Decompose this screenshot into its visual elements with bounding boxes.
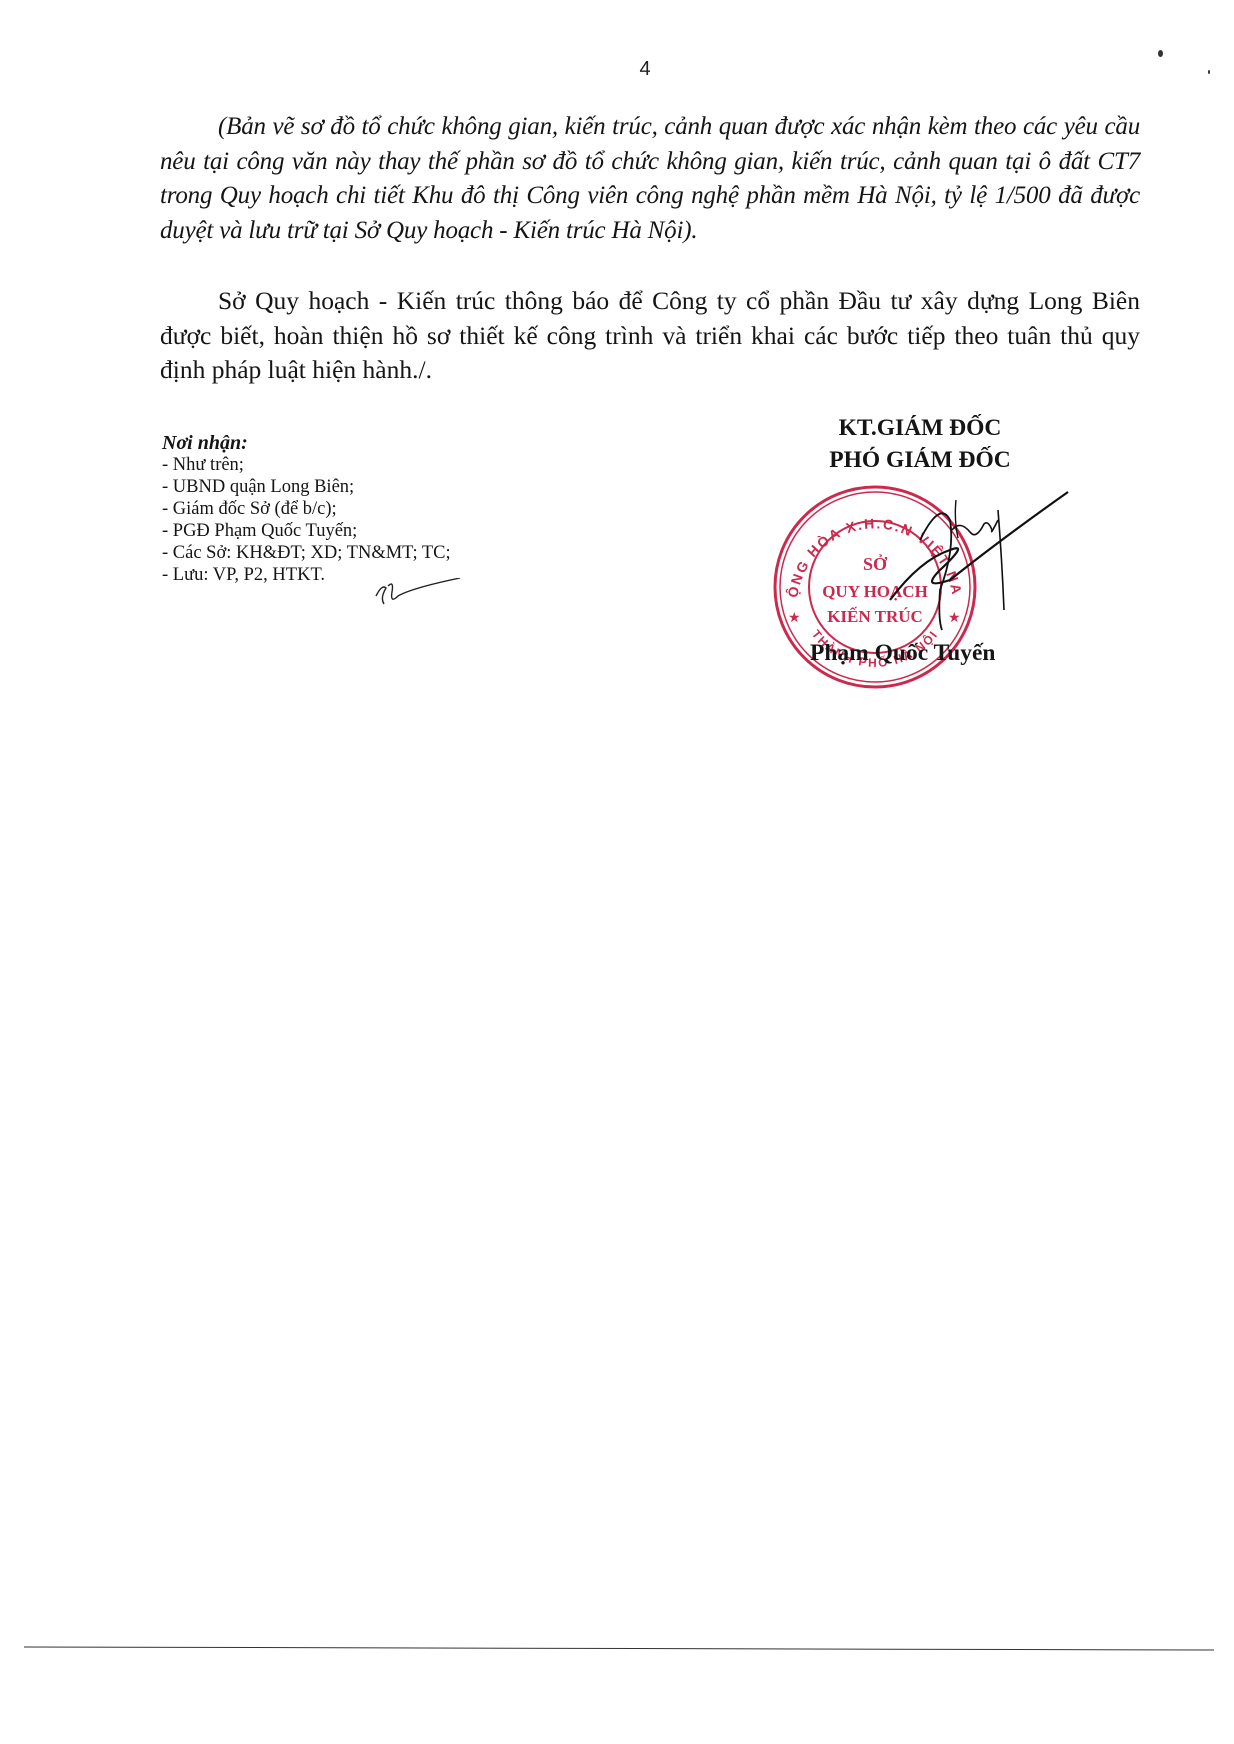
page-number: 4 xyxy=(0,58,1234,81)
recipient-item: - Giám đốc Sở (để b/c); xyxy=(162,498,451,520)
svg-text:★: ★ xyxy=(788,611,801,626)
body-paragraph-attachment-note: (Bản vẽ sơ đồ tổ chức không gian, kiến t… xyxy=(160,110,1140,248)
signature-title-line2: PHÓ GIÁM ĐỐC xyxy=(760,444,1080,476)
recipients-heading: Nơi nhận: xyxy=(162,432,451,454)
signature-title-line1: KT.GIÁM ĐỐC xyxy=(760,412,1080,444)
recipient-item: - Như trên; xyxy=(162,454,451,476)
scan-speck xyxy=(1158,50,1163,57)
body-paragraph-notice: Sở Quy hoạch - Kiến trúc thông báo để Cô… xyxy=(160,284,1140,388)
recipient-item: - UBND quận Long Biên; xyxy=(162,476,451,498)
handwritten-initials-icon xyxy=(372,578,462,608)
recipient-item: - PGĐ Phạm Quốc Tuyến; xyxy=(162,520,451,542)
footer-divider xyxy=(24,1646,1214,1650)
recipients-list: Nơi nhận: - Như trên; - UBND quận Long B… xyxy=(162,432,451,586)
signer-name: Phạm Quốc Tuyến xyxy=(810,640,995,667)
scan-speck xyxy=(1208,70,1210,74)
signature-block: KT.GIÁM ĐỐC PHÓ GIÁM ĐỐC xyxy=(760,412,1080,476)
recipient-item: - Các Sở: KH&ĐT; XD; TN&MT; TC; xyxy=(162,542,451,564)
handwritten-signature-icon xyxy=(880,480,1080,640)
